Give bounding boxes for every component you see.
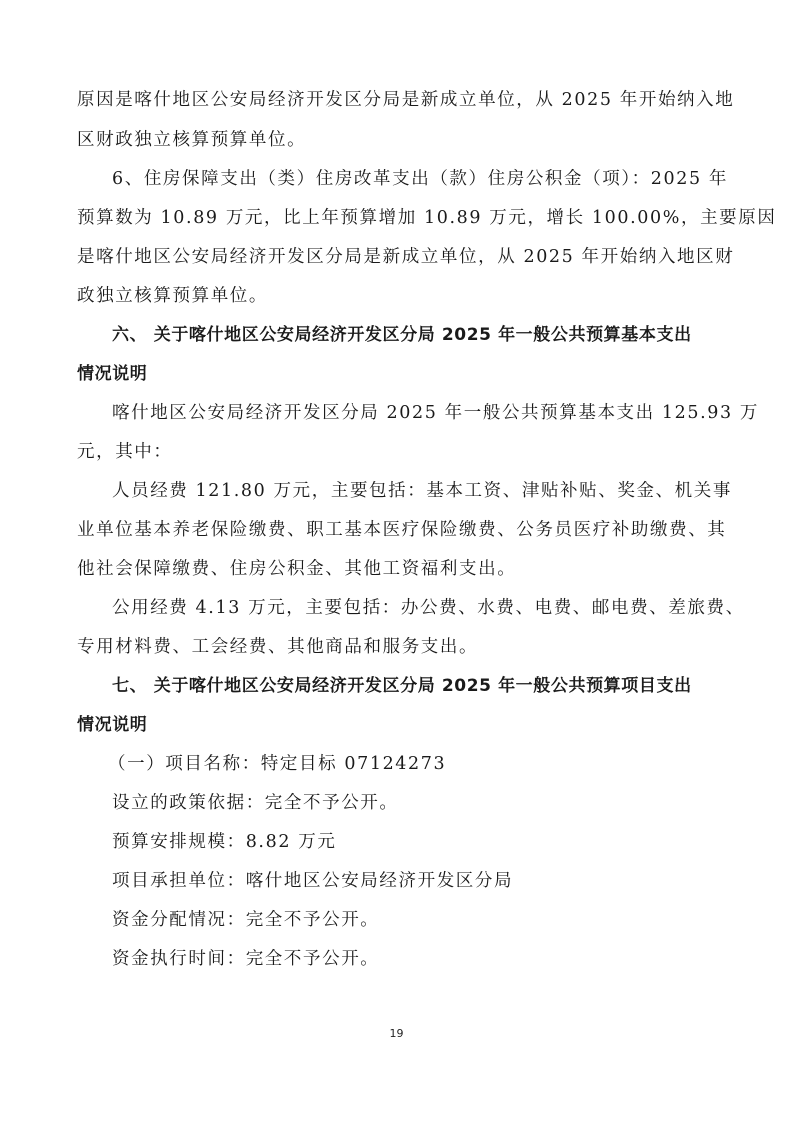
paragraph-line: 是喀什地区公安局经济开发区分局是新成立单位，从 2025 年开始纳入地区财 — [77, 245, 734, 269]
paragraph-line: 6、住房保障支出（类）住房改革支出（款）住房公积金（项）：2025 年 — [112, 167, 728, 191]
document-page: 原因是喀什地区公安局经济开发区分局是新成立单位，从 2025 年开始纳入地 区财… — [0, 0, 793, 1122]
section-heading: 情况说明 — [77, 362, 147, 386]
paragraph-line: 他社会保障缴费、住房公积金、其他工资福利支出。 — [77, 557, 516, 581]
project-field: 资金分配情况：完全不予公开。 — [112, 908, 379, 932]
paragraph-line: 原因是喀什地区公安局经济开发区分局是新成立单位，从 2025 年开始纳入地 — [77, 88, 734, 112]
paragraph-line: 公用经费 4.13 万元，主要包括：办公费、水费、电费、邮电费、差旅费、 — [112, 596, 745, 620]
section-heading: 七、 关于喀什地区公安局经济开发区分局 2025 年一般公共预算项目支出 — [112, 674, 692, 698]
project-field: 项目承担单位：喀什地区公安局经济开发区分局 — [112, 869, 513, 893]
paragraph-line: 人员经费 121.80 万元，主要包括：基本工资、津贴补贴、奖金、机关事 — [112, 479, 732, 503]
paragraph-line: 喀什地区公安局经济开发区分局 2025 年一般公共预算基本支出 125.93 万 — [112, 401, 759, 425]
section-heading: 六、 关于喀什地区公安局经济开发区分局 2025 年一般公共预算基本支出 — [112, 323, 692, 347]
project-name: （一）项目名称：特定目标 07124273 — [108, 752, 446, 776]
paragraph-line: 业单位基本养老保险缴费、职工基本医疗保险缴费、公务员医疗补助缴费、其 — [77, 518, 726, 542]
project-field: 预算安排规模：8.82 万元 — [112, 830, 336, 854]
project-field: 设立的政策依据：完全不予公开。 — [112, 791, 399, 815]
paragraph-line: 预算数为 10.89 万元，比上年预算增加 10.89 万元，增长 100.00… — [77, 206, 776, 230]
paragraph-line: 元，其中： — [77, 440, 173, 464]
paragraph-line: 区财政独立核算预算单位。 — [77, 128, 306, 152]
page-number: 19 — [0, 1027, 793, 1040]
paragraph-line: 政独立核算预算单位。 — [77, 284, 268, 308]
paragraph-line: 专用材料费、工会经费、其他商品和服务支出。 — [77, 635, 478, 659]
project-field: 资金执行时间：完全不予公开。 — [112, 947, 379, 971]
section-heading: 情况说明 — [77, 713, 147, 737]
